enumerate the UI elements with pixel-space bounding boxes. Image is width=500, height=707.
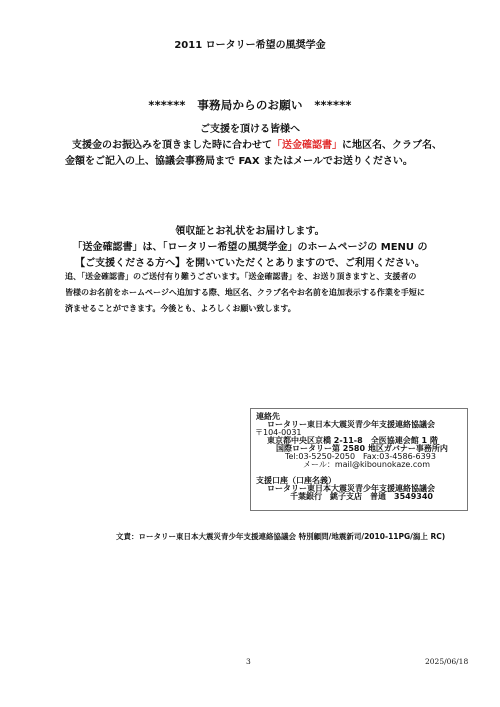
para2-line2: 【ご支援くださる方へ】を開いていただくとありますので、ご利用ください。 (0, 254, 500, 269)
para3-line3: 済ませることができます。今後とも、よろしくお願い致します。 (65, 303, 296, 314)
receipt-heading: 領収証とお礼状をお届けします。 (0, 222, 500, 237)
remittance-form-highlight: 「送金確認書」 (272, 140, 342, 151)
notice-subheading: ご支援を頂ける皆様へ (0, 120, 500, 135)
authorship-credit: 文責：ロータリー東日本大震災青少年支援連絡協議会 特別顧問/地震新司/2010-… (116, 531, 445, 542)
para1-line1-after: に地区名、クラブ名、 (342, 140, 442, 151)
bank-account: 千葉銀行 銚子支店 普通 3549340 (290, 492, 433, 501)
print-date: 2025/06/18 (425, 657, 468, 666)
para1-line1: 支援金のお振込みを頂きました時に合わせて「送金確認書」に地区名、クラブ名、 (72, 136, 442, 151)
contact-box: 連絡先 ロータリー東日本大震災青少年支援連絡協議会 〒104-0031 東京都中… (250, 408, 468, 511)
document-title: 2011 ロータリー希望の風奨学金 (0, 36, 500, 51)
para1-line1-before: 支援金のお振込みを頂きました時に合わせて (72, 140, 272, 151)
para1-line2: 金額をご記入の上、協議会事務局まで FAX またはメールでお送りください。 (65, 152, 413, 167)
contact-email[interactable]: メール：mail@kibounokaze.com (303, 460, 430, 469)
page-number: 3 (246, 657, 251, 666)
para3-line2: 皆様のお名前をホームページへ追加する際、地区名、クラブ名やお名前を追加表示する作… (65, 287, 425, 298)
para2-line1: 「送金確認書」は、「ロータリー希望の風奨学金」のホームページの MENU の (0, 238, 500, 253)
para3-line1: 追、「送金確認書」のご送付有り難うございます。「送金確認書」を、お送り頂きますと… (65, 271, 416, 282)
notice-heading: ****** 事務局からのお願い ****** (0, 97, 500, 113)
